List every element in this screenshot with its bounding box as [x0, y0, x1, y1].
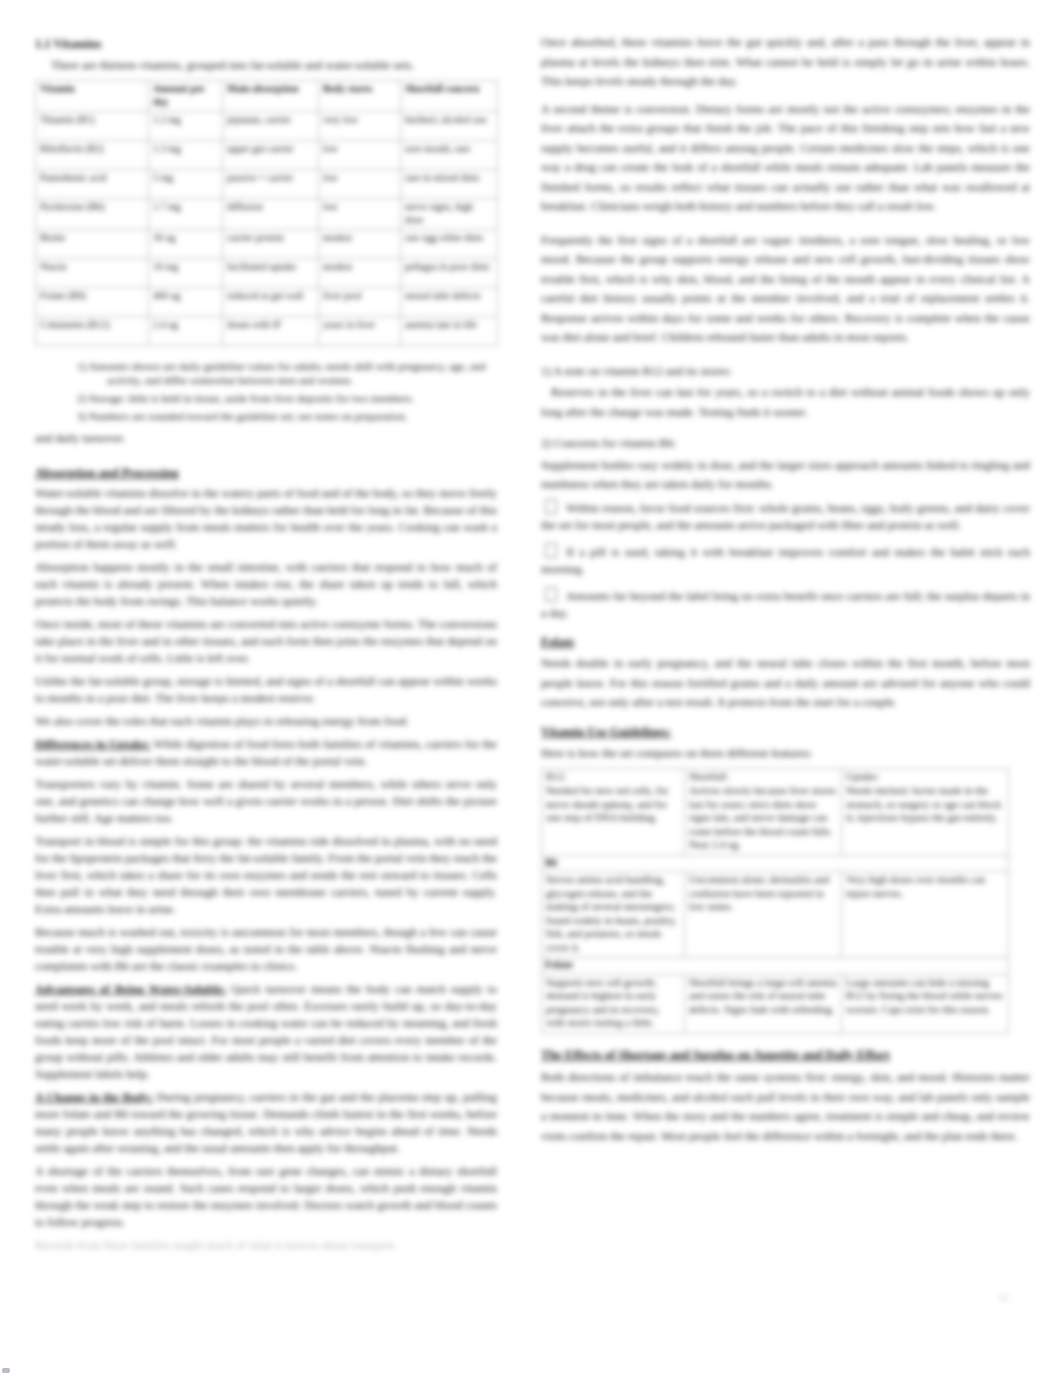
corner-artifact-mark: [2, 1368, 10, 1373]
paragraph: Advantages of Being Water-Soluble: Quick…: [35, 981, 497, 1083]
paragraph-lead-heading: Differences in Uptake:: [35, 737, 151, 751]
table-cell: Folate (B9): [36, 288, 149, 317]
table-cell: Supports new cell growth; demand is high…: [542, 974, 685, 1033]
table-row: Pantothenic acid5 mgpassive + carrierlow…: [36, 170, 498, 199]
table-label-cell: Folate: [542, 958, 1009, 975]
table-header-row: VitaminAmount per dayMain absorptionBody…: [36, 81, 498, 112]
footnote-list: 1) Amounts shown are daily guideline val…: [35, 360, 497, 424]
table-cell: modest: [319, 259, 401, 288]
table-cell: anemia late in life: [401, 317, 498, 346]
paragraph: Differences in Uptake: While digestion o…: [35, 736, 497, 770]
table-cell: low: [319, 141, 401, 170]
table-cell: ileum with IF: [223, 317, 319, 346]
paragraph: A second theme is conversion. Dietary fo…: [541, 100, 1030, 217]
table-cell: Shortfall brings a large-cell anemia and…: [685, 974, 842, 1033]
table-row: Folate (B9)400 ugreduced at gut walllive…: [36, 288, 498, 317]
table-header-cell: Shortfall concern: [401, 81, 498, 112]
table-cell: Serves amino acid handling, glycogen rel…: [542, 872, 685, 958]
table-cell: B12:Needed for new red cells, for nerve …: [542, 768, 685, 855]
data-table: B12:Needed for new red cells, for nerve …: [541, 768, 1009, 1034]
blurred-content-layer: 1.1 VitaminsThere are thirteen vitamins,…: [0, 0, 1062, 1377]
table-cell: Riboflavin (B2): [36, 141, 149, 170]
page-number: 11: [998, 1292, 1009, 1304]
paragraph: Needs double in early pregnancy, and the…: [541, 654, 1030, 713]
table-cell: nerve signs, high dose: [401, 199, 498, 230]
paragraph-lead-heading: Advantages of Being Water-Soluble:: [35, 982, 226, 996]
table-row: B12:Needed for new red cells, for nerve …: [542, 768, 1009, 855]
table-label-row: Folate: [542, 958, 1009, 975]
bullet-item: If a pill is used, taking it with breakf…: [541, 543, 1030, 579]
table-cell: Uncommon alone; dermatitis and confusion…: [685, 872, 842, 958]
table-cell: 2.4 ug: [149, 317, 223, 346]
table-header-cell: Main absorption: [223, 81, 319, 112]
paragraph: Here is how the set compares on three di…: [541, 744, 1030, 764]
paragraph: Transport in blood is simple for this gr…: [35, 833, 497, 918]
table-row: Riboflavin (B2)1.3 mgupper gut carrierlo…: [36, 141, 498, 170]
table-cell: facilitated uptake: [223, 259, 319, 288]
table-cell: pellagra in poor diets: [401, 259, 498, 288]
section-heading: 1) A note on vitamin B12 and its stores:: [541, 362, 1030, 382]
square-bullet-icon: [545, 499, 557, 514]
section-heading: 2) Concerns for vitamin B6:: [541, 434, 1030, 454]
table-cell: Shortfall:Arrives slowly because liver s…: [685, 768, 842, 855]
table-header-cell: Body stores: [319, 81, 401, 112]
table-cell: 1.7 mg: [149, 199, 223, 230]
bullet-item: Amounts far beyond the label bring no ex…: [541, 587, 1030, 623]
paragraph: Because much is washed out, toxicity is …: [35, 924, 497, 975]
table-cell: years in liver: [319, 317, 401, 346]
table-row: Pyridoxine (B6)1.7 mgdiffusionlownerve s…: [36, 199, 498, 230]
table-cell: 1.2 mg: [149, 112, 223, 141]
table-cell: raw egg white diets: [401, 230, 498, 259]
section-heading: 1.1 Vitamins: [35, 36, 497, 53]
paragraph: Both directions of imbalance touch the s…: [541, 1068, 1030, 1146]
paragraph: Absorption happens mostly in the small i…: [35, 559, 497, 610]
paragraph: Transporters vary by vitamin. Some are s…: [35, 776, 497, 827]
paragraph: There are thirteen vitamins, grouped int…: [35, 57, 497, 74]
square-bullet-icon: [545, 543, 557, 558]
bullet-item: Within reason, favor food sources first:…: [541, 499, 1030, 535]
table-cell: Very high doses over months can injure n…: [842, 872, 1009, 958]
table-cell: neural tube defects: [401, 288, 498, 317]
table-row: Thiamin (B1)1.2 mgjejunum, carriervery l…: [36, 112, 498, 141]
paragraph: A shortage of the carriers themselves, f…: [35, 1163, 497, 1231]
table-label-cell: B6: [542, 855, 1009, 872]
table-cell: diffusion: [223, 199, 319, 230]
table-cell: upper gut carrier: [223, 141, 319, 170]
paragraph: Unlike the fat-soluble group, storage is…: [35, 673, 497, 707]
table-row: Biotin30 ugcarrier proteinmodestraw egg …: [36, 230, 498, 259]
footnote: 1) Amounts shown are daily guideline val…: [35, 360, 497, 388]
paragraph: Reserves in the liver can last for years…: [541, 383, 1030, 422]
footnote: 3) Numbers are rounded toward the guidel…: [35, 410, 497, 424]
table-cell: modest: [319, 230, 401, 259]
table-cell: 16 mg: [149, 259, 223, 288]
section-heading: Absorption and Processing: [35, 465, 497, 482]
document-page: 1.1 VitaminsThere are thirteen vitamins,…: [0, 0, 1062, 1377]
table-cell: beriberi; alcohol use: [401, 112, 498, 141]
table-cell: reduced at gut wall: [223, 288, 319, 317]
table-cell: sore mouth, rare: [401, 141, 498, 170]
paragraph: Supplement bottles vary widely in dose, …: [541, 456, 1030, 495]
paragraph: A Change in the Body: During pregnancy, …: [35, 1089, 497, 1157]
table-header-cell: Amount per day: [149, 81, 223, 112]
text-line: and daily turnover.: [35, 430, 497, 447]
table-cell: Uptake:Needs intrinsic factor made in th…: [842, 768, 1009, 855]
table-cell: 400 ug: [149, 288, 223, 317]
data-table: VitaminAmount per dayMain absorptionBody…: [35, 80, 498, 346]
table-row: Serves amino acid handling, glycogen rel…: [542, 872, 1009, 958]
right-column: Once absorbed, these vitamins leave the …: [541, 33, 1030, 1146]
table-cell-head: Shortfall:: [689, 771, 837, 785]
table-cell: Large amounts can hide a missing B12 by …: [842, 974, 1009, 1033]
table-cell: carrier protein: [223, 230, 319, 259]
table-row: Niacin16 mgfacilitated uptakemodestpella…: [36, 259, 498, 288]
table-cell: Pyridoxine (B6): [36, 199, 149, 230]
table-cell-head: B12:: [546, 771, 680, 785]
table-cell: low: [319, 199, 401, 230]
table-label-row: B6: [542, 855, 1009, 872]
bullet-list: Within reason, favor food sources first:…: [541, 499, 1030, 623]
section-heading: Vitamin Use Guidelines:: [541, 723, 1030, 743]
table-row: Supports new cell growth; demand is high…: [542, 974, 1009, 1033]
table-cell: rare in mixed diets: [401, 170, 498, 199]
section-heading: The Effects of Shortage and Surplus on A…: [541, 1046, 1030, 1066]
table-cell: Biotin: [36, 230, 149, 259]
table-cell: jejunum, carrier: [223, 112, 319, 141]
table-cell: liver pool: [319, 288, 401, 317]
paragraph: Water-soluble vitamins dissolve in the w…: [35, 485, 497, 553]
paragraph: We also cover the roles that each vitami…: [35, 713, 497, 730]
paragraph: Once inside, most of these vitamins are …: [35, 616, 497, 667]
left-column: 1.1 VitaminsThere are thirteen vitamins,…: [35, 36, 497, 1254]
table-cell: 5 mg: [149, 170, 223, 199]
table-cell: Thiamin (B1): [36, 112, 149, 141]
text-line: Records from these families taught much …: [35, 1237, 497, 1254]
paragraph: Frequently the first signs of a shortfal…: [541, 231, 1030, 348]
table-cell: 1.3 mg: [149, 141, 223, 170]
table-cell: low: [319, 170, 401, 199]
table-cell: very low: [319, 112, 401, 141]
table-cell: passive + carrier: [223, 170, 319, 199]
table-cell: Pantothenic acid: [36, 170, 149, 199]
square-bullet-icon: [545, 587, 557, 602]
table-header-cell: Vitamin: [36, 81, 149, 112]
paragraph: Once absorbed, these vitamins leave the …: [541, 33, 1030, 92]
table-row: Cobalamin (B12)2.4 ugileum with IFyears …: [36, 317, 498, 346]
table-cell-head: Uptake:: [846, 771, 1004, 785]
table-cell: Niacin: [36, 259, 149, 288]
section-heading: Folate: [541, 633, 1030, 653]
table-cell: 30 ug: [149, 230, 223, 259]
table-cell: Cobalamin (B12): [36, 317, 149, 346]
paragraph-lead-heading: A Change in the Body:: [35, 1090, 153, 1104]
footnote: 2) Storage: little is held in tissue, as…: [35, 392, 497, 406]
